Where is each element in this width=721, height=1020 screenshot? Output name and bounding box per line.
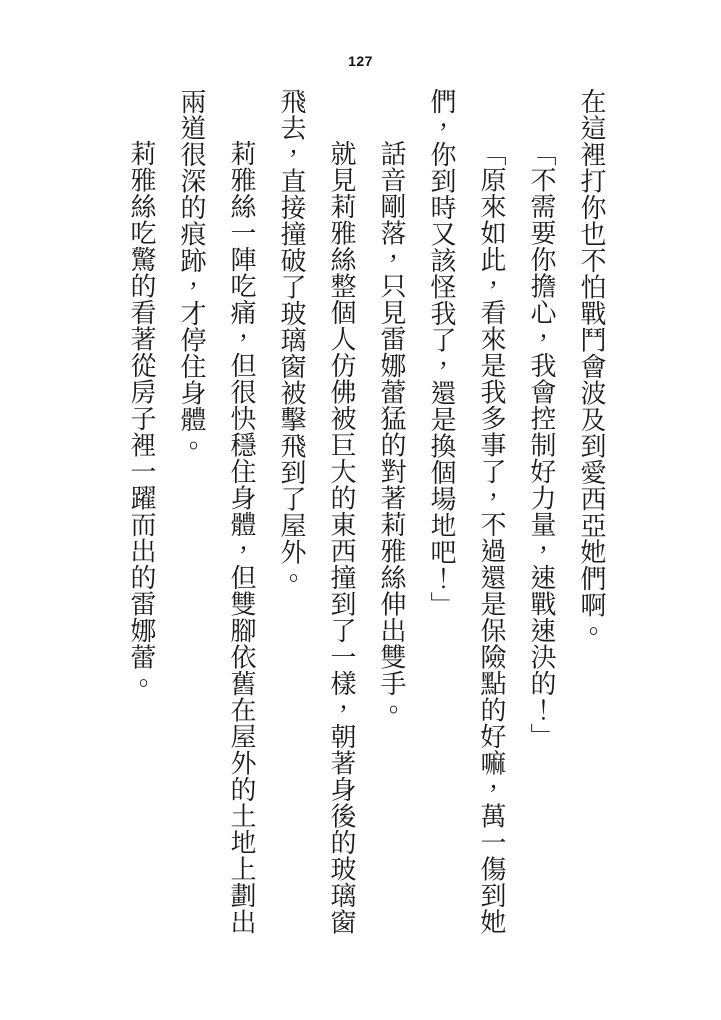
paragraph-2: 「不需要你擔心，我會控制好力量，速戰速決的！」 <box>516 88 566 939</box>
paragraph-7: 莉雅絲吃驚的看著從房子裡一躍而出的雷娜蕾。 <box>116 88 166 939</box>
paragraph-1: 在這裡打你也不怕戰鬥會波及到愛西亞她們啊。 <box>566 88 616 939</box>
paragraph-4: 話音剛落，只見雷娜蕾猛的對著莉雅絲伸出雙手。 <box>366 88 416 939</box>
page-text: 在這裡打你也不怕戰鬥會波及到愛西亞她們啊。 「不需要你擔心，我會控制好力量，速戰… <box>116 88 616 939</box>
paragraph-6: 莉雅絲一陣吃痛，但很快穩住身體，但雙腳依舊在屋外的土地上劃出兩道很深的痕跡，才停… <box>166 88 266 939</box>
book-page: 127 在這裡打你也不怕戰鬥會波及到愛西亞她們啊。 「不需要你擔心，我會控制好力… <box>0 0 721 1020</box>
paragraph-3: 「原來如此，看來是我多事了，不過還是保險點的好嘛，萬一傷到她們，你到時又該怪我了… <box>416 88 516 939</box>
paragraph-5: 就見莉雅絲整個人仿佛被巨大的東西撞到了一樣，朝著身後的玻璃窗飛去，直接撞破了玻璃… <box>266 88 366 939</box>
page-number: 127 <box>0 53 721 69</box>
